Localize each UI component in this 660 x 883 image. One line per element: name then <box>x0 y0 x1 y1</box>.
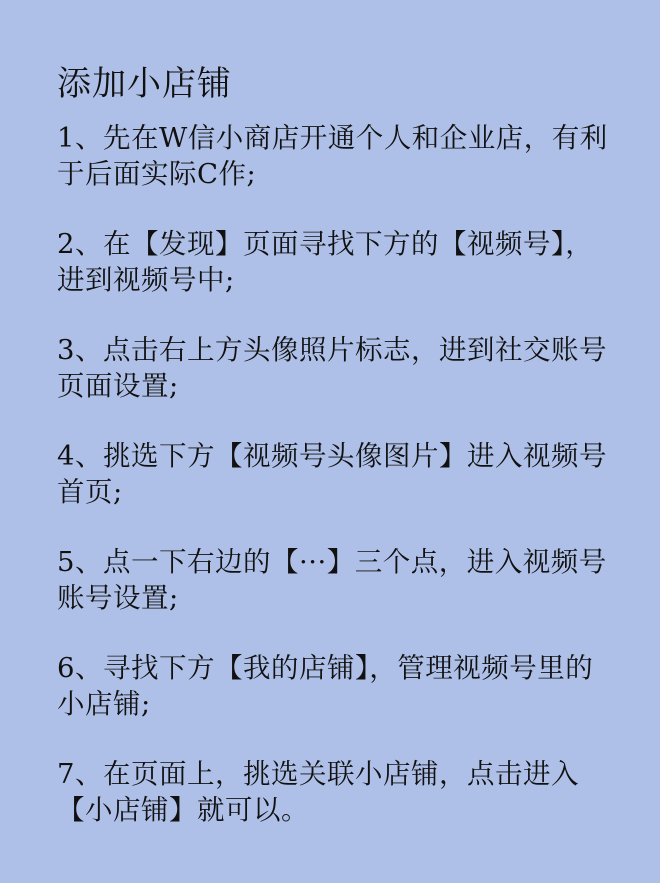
step-7: 7、在页面上，挑选关联小店铺，点击进入【小店铺】就可以。 <box>57 756 617 828</box>
step-1: 1、先在W信小商店开通个人和企业店，有利于后面实际C作; <box>57 120 617 192</box>
step-2: 2、在【发现】页面寻找下方的【视频号】，进到视频号中; <box>57 226 617 298</box>
tutorial-card: 添加小店铺 1、先在W信小商店开通个人和企业店，有利于后面实际C作; 2、在【发… <box>57 62 617 828</box>
page-title: 添加小店铺 <box>57 62 617 106</box>
step-6: 6、寻找下方【我的店铺】，管理视频号里的小店铺; <box>57 650 617 722</box>
step-5: 5、点一下右边的【···】三个点，进入视频号账号设置; <box>57 544 617 616</box>
step-4: 4、挑选下方【视频号头像图片】进入视频号首页; <box>57 438 617 510</box>
steps-list: 1、先在W信小商店开通个人和企业店，有利于后面实际C作; 2、在【发现】页面寻找… <box>57 120 617 828</box>
step-3: 3、点击右上方头像照片标志，进到社交账号页面设置; <box>57 332 617 404</box>
